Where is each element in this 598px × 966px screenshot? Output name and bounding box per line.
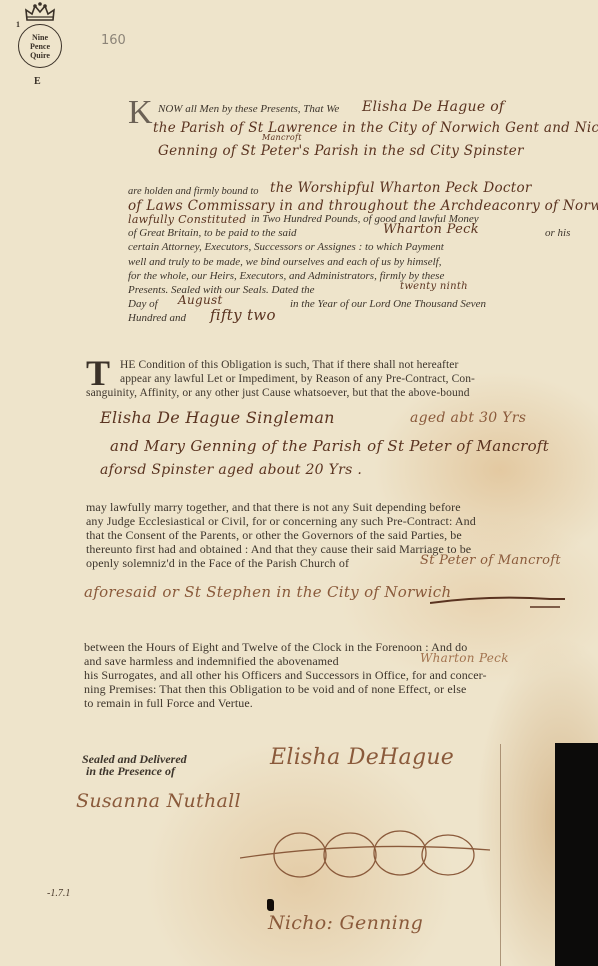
bond-hand-3-insert: Mancroft: [262, 133, 302, 142]
bond-printed-5: certain Attorney, Executors, Successors …: [128, 241, 444, 253]
ink-blot: [267, 899, 274, 911]
bond-printed-4: of Great Britain, to be paid to the said: [128, 227, 297, 239]
bond-printed-7: for the whole, our Heirs, Executors, and…: [128, 270, 444, 282]
condition-hand-2: and Mary Genning of the Parish of St Pet…: [110, 437, 549, 455]
margin-note: -1.7.1: [47, 888, 70, 899]
condition-printed-7: thereunto first had and obtained : And t…: [86, 542, 471, 557]
bond-printed-2: are holden and firmly bound to: [128, 186, 259, 197]
signature-nicho-genning: Nicho: Genning: [268, 912, 423, 934]
bond-hand-8: twenty ninth: [400, 281, 468, 292]
condition-hand-4: St Peter of Mancroft: [420, 553, 561, 568]
sealed-label-line-2: in the Presence of: [82, 765, 187, 777]
signature-flourish: [240, 820, 500, 890]
background-edge: [555, 743, 598, 966]
condition-printed-10: and save harmless and indemnified the ab…: [84, 654, 339, 669]
sealed-delivered-label: Sealed and Delivered in the Presence of: [82, 753, 187, 777]
bond-printed-4b: or his: [545, 227, 570, 239]
bond-hand-2: the Parish of St Lawrence in the City of…: [153, 120, 598, 136]
condition-printed-11: his Surrogates, and all other his Office…: [84, 668, 487, 683]
condition-printed-12: ning Premises: That then this Obligation…: [84, 682, 466, 697]
bond-hand-10: fifty two: [210, 306, 276, 324]
stamp-text-2: Pence: [30, 42, 50, 51]
stamp-ring: Nine Pence Quire: [18, 24, 62, 68]
stamp-letter: E: [34, 76, 41, 87]
bond-hand-5: of Laws Commissary in and throughout the…: [128, 198, 598, 214]
bond-hand-4: the Worshipful Wharton Peck Doctor: [270, 180, 532, 196]
stamp-text-1: Nine: [32, 33, 48, 42]
condition-printed-5: any Judge Ecclesiastical or Civil, for o…: [86, 514, 476, 529]
condition-printed-4: may lawfully marry together, and that th…: [86, 500, 461, 515]
condition-hand-1: Elisha De Hague Singleman: [100, 408, 335, 427]
condition-printed-2: appear any lawful Let or Impediment, by …: [120, 373, 475, 385]
crown-icon: [24, 2, 56, 22]
condition-printed-3: sanguinity, Affinity, or any other just …: [86, 387, 470, 399]
bond-printed-9: Day of: [128, 298, 158, 310]
bond-printed-10: Hundred and: [128, 312, 186, 324]
condition-printed-6: that the Consent of the Parents, or othe…: [86, 528, 462, 543]
bond-hand-9: August: [178, 293, 223, 307]
line-filler-flourish: [430, 585, 570, 615]
condition-hand-6: Wharton Peck: [420, 651, 509, 665]
signature-elisha-dehague: Elisha DeHague: [270, 745, 454, 770]
drop-cap-t: T: [86, 355, 110, 391]
stamp-text-3: Quire: [30, 51, 50, 60]
paper-edge-line: [500, 744, 501, 966]
condition-hand-3: aforsd Spinster aged about 20 Yrs .: [100, 462, 362, 478]
signature-susanna-nuthall: Susanna Nuthall: [76, 790, 241, 812]
bond-printed-1: NOW all Men by these Presents, That We: [158, 103, 339, 115]
bond-hand-1: Elisha De Hague of: [362, 99, 504, 115]
stamp-side-mark: 1: [16, 20, 20, 29]
bond-printed-9b: in the Year of our Lord One Thousand Sev…: [290, 298, 486, 310]
bond-printed-6: well and truly to be made, we bind ourse…: [128, 256, 441, 268]
condition-printed-13: to remain in full Force and Vertue.: [84, 696, 253, 711]
bond-hand-7: Wharton Peck: [383, 222, 479, 237]
condition-printed-8: openly solemniz'd in the Face of the Par…: [86, 556, 349, 571]
bond-hand-3: Genning of St Peter's Parish in the sd C…: [158, 143, 524, 159]
duty-stamp: Nine Pence Quire 1 E: [14, 2, 66, 90]
condition-hand-1b: aged abt 30 Yrs: [410, 410, 526, 426]
condition-hand-5: aforesaid or St Stephen in the City of N…: [84, 583, 451, 601]
folio-number: 160: [101, 33, 126, 48]
bond-hand-6: lawfully Constituted: [128, 213, 247, 226]
condition-printed-9: between the Hours of Eight and Twelve of…: [84, 640, 467, 655]
condition-printed-1: HE Condition of this Obligation is such,…: [120, 359, 458, 371]
drop-cap-k: K: [128, 96, 153, 130]
